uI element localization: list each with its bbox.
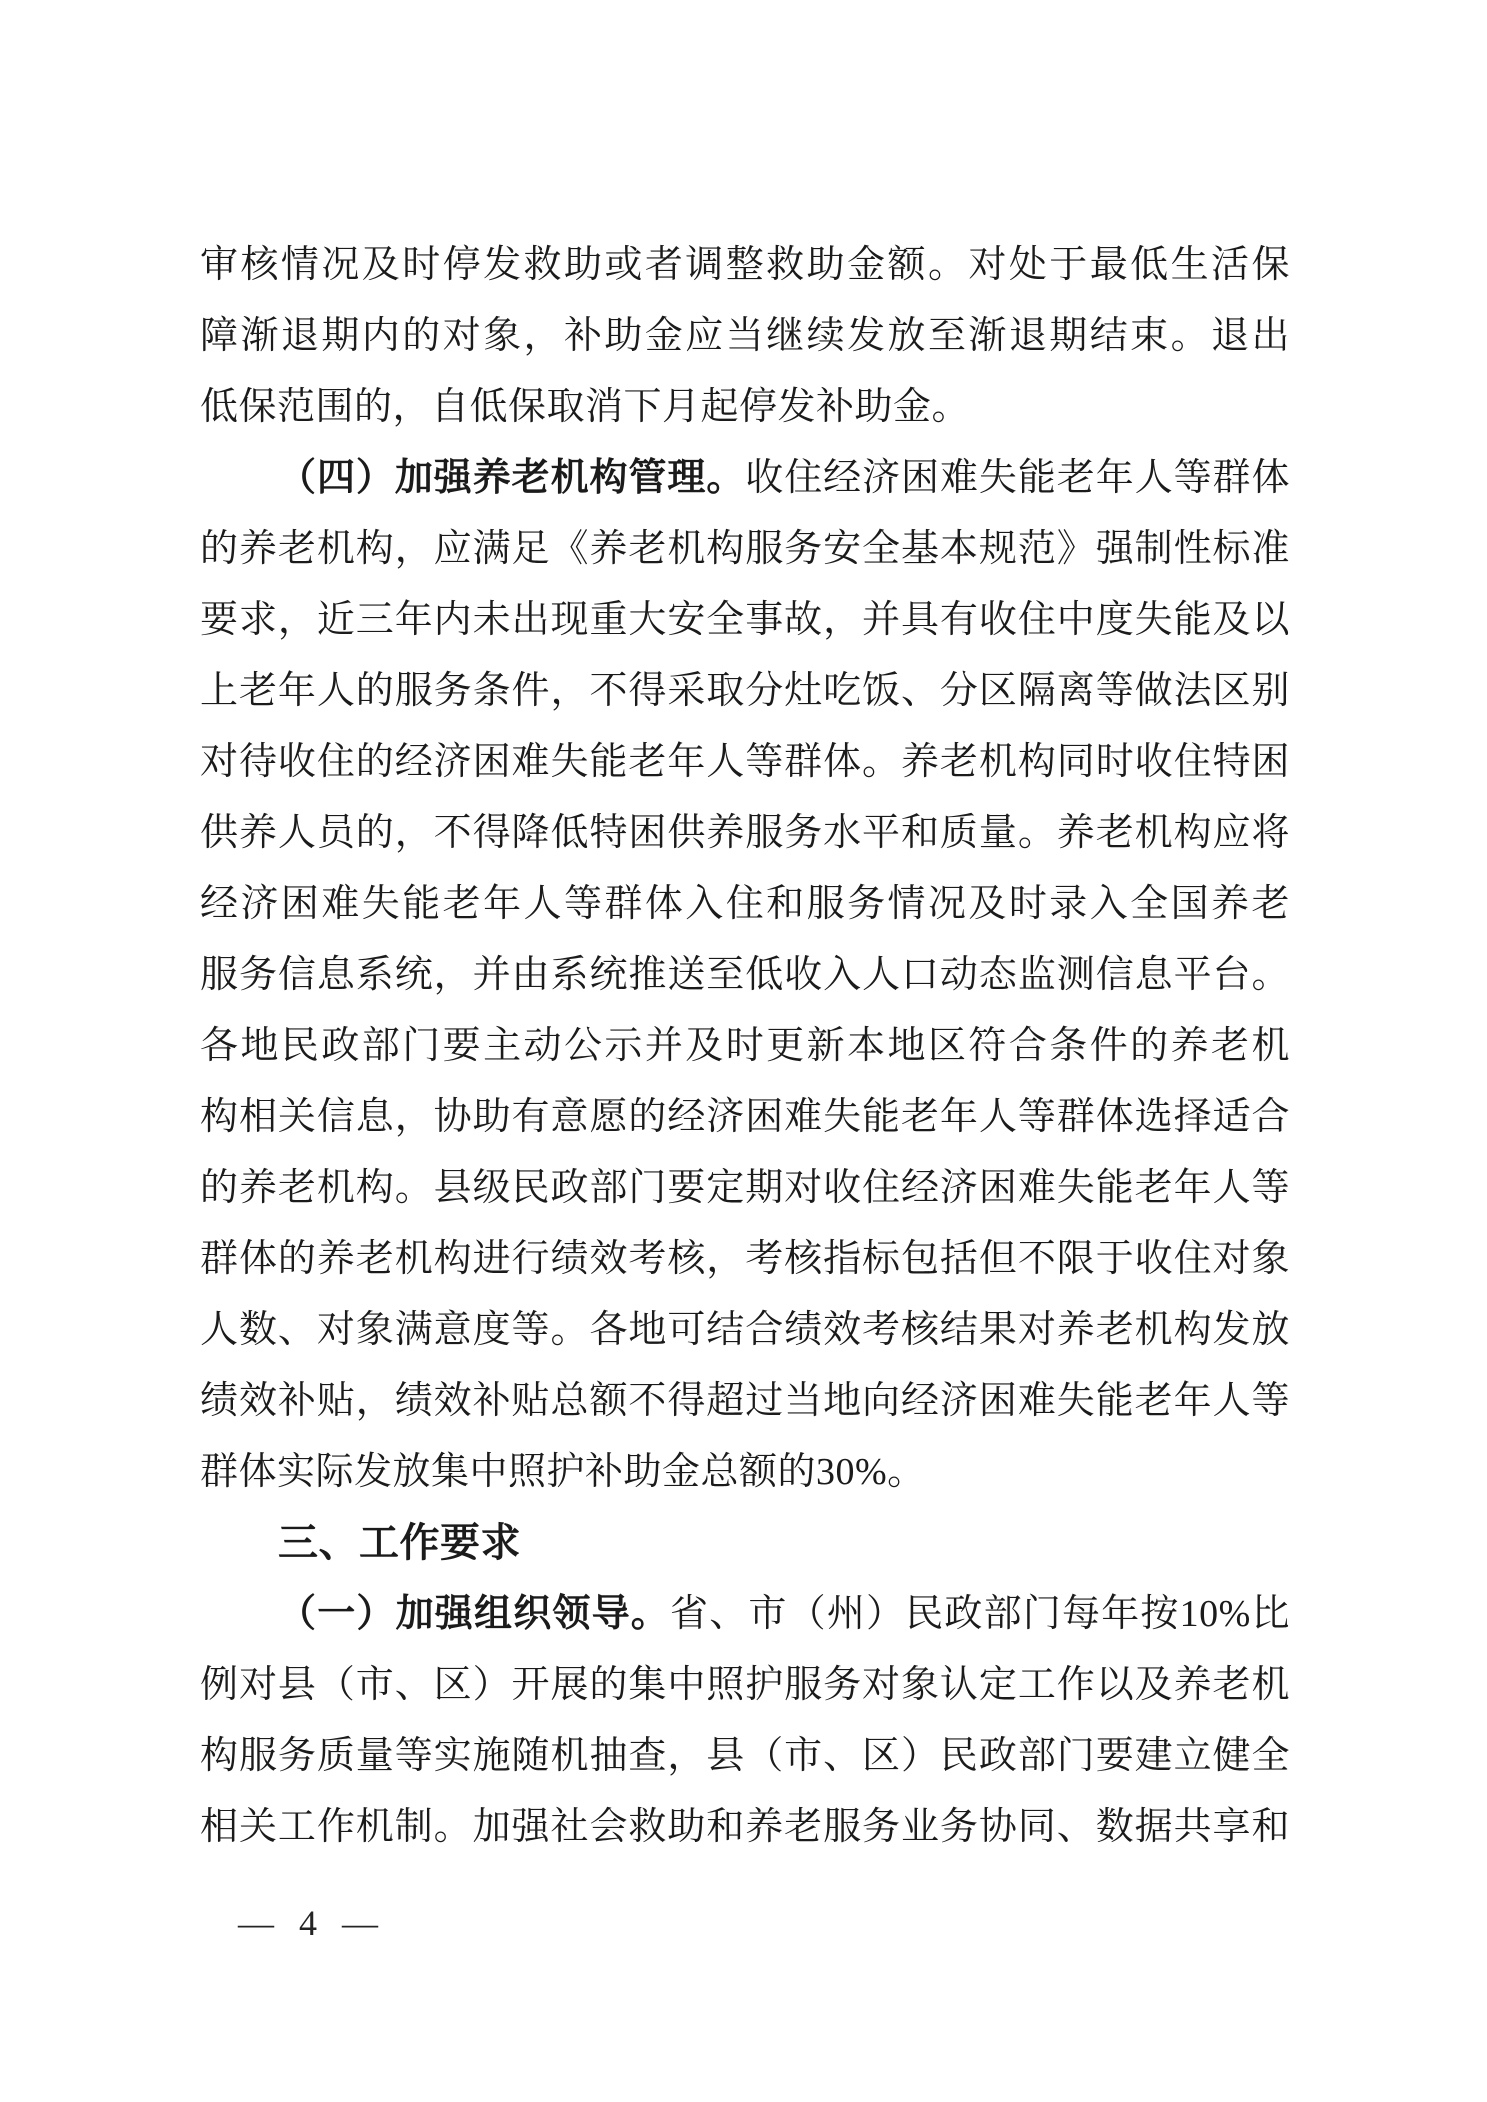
text-line: 的养老机构，应满足《养老机构服务安全基本规范》强制性标准	[200, 514, 1290, 585]
text-line: 供养人员的，不得降低特困供养服务水平和质量。养老机构应将	[200, 798, 1290, 869]
text-line: 群体的养老机构进行绩效考核，考核指标包括但不限于收住对象	[200, 1224, 1290, 1295]
text-line: 要求，近三年内未出现重大安全事故，并具有收住中度失能及以	[200, 585, 1290, 656]
text-line: 例对县（市、区）开展的集中照护服务对象认定工作以及养老机	[200, 1650, 1290, 1721]
line-text: 各地民政部门要主动公示并及时更新本地区符合条件的养老机	[200, 1025, 1290, 1067]
line-text: 审核情况及时停发救助或者调整救助金额。对处于最低生活保	[200, 244, 1290, 286]
line-text: 人数、对象满意度等。各地可结合绩效考核结果对养老机构发放	[200, 1309, 1290, 1351]
text-line: 各地民政部门要主动公示并及时更新本地区符合条件的养老机	[200, 1011, 1290, 1082]
text-line: 人数、对象满意度等。各地可结合绩效考核结果对养老机构发放	[200, 1295, 1290, 1366]
line-text: 对待收住的经济困难失能老年人等群体。养老机构同时收住特困	[200, 741, 1290, 783]
text-line: 构相关信息，协助有意愿的经济困难失能老年人等群体选择适合	[200, 1082, 1290, 1153]
line-text: 群体的养老机构进行绩效考核，考核指标包括但不限于收住对象	[200, 1238, 1290, 1280]
line-text: 构服务质量等实施随机抽查，县（市、区）民政部门要建立健全	[200, 1735, 1290, 1777]
document-body: 审核情况及时停发救助或者调整救助金额。对处于最低生活保障渐退期内的对象，补助金应…	[200, 230, 1290, 1863]
text-line: 低保范围的，自低保取消下月起停发补助金。	[200, 372, 1290, 443]
text-line: 审核情况及时停发救助或者调整救助金额。对处于最低生活保	[200, 230, 1290, 301]
line-text: 服务信息系统，并由系统推送至低收入人口动态监测信息平台。	[200, 954, 1290, 996]
text-line: 相关工作机制。加强社会救助和养老服务业务协同、数据共享和	[200, 1792, 1290, 1863]
text-line: 群体实际发放集中照护补助金总额的30%。	[200, 1437, 1290, 1508]
paragraph-lead-bold: （一）加强组织领导。	[278, 1593, 670, 1635]
line-text: 绩效补贴，绩效补贴总额不得超过当地向经济困难失能老年人等	[200, 1380, 1290, 1422]
line-text: 要求，近三年内未出现重大安全事故，并具有收住中度失能及以	[200, 599, 1290, 641]
line-text: 障渐退期内的对象，补助金应当继续发放至渐退期结束。退出	[200, 315, 1290, 357]
document-page: 审核情况及时停发救助或者调整救助金额。对处于最低生活保障渐退期内的对象，补助金应…	[0, 0, 1487, 2102]
page-number: — 4 —	[238, 1902, 386, 1944]
line-text: 供养人员的，不得降低特困供养服务水平和质量。养老机构应将	[200, 812, 1290, 854]
text-line: 对待收住的经济困难失能老年人等群体。养老机构同时收住特困	[200, 727, 1290, 798]
heading-text: 三、工作要求	[278, 1521, 521, 1565]
text-line: 服务信息系统，并由系统推送至低收入人口动态监测信息平台。	[200, 940, 1290, 1011]
section-heading: 三、工作要求	[200, 1508, 1290, 1579]
paragraph-lead-bold: （四）加强养老机构管理。	[278, 457, 745, 499]
line-text: 的养老机构，应满足《养老机构服务安全基本规范》强制性标准	[200, 528, 1290, 570]
line-text: 经济困难失能老年人等群体入住和服务情况及时录入全国养老	[200, 883, 1290, 925]
text-line: （一）加强组织领导。省、市（州）民政部门每年按10%比	[200, 1579, 1290, 1650]
line-text: 低保范围的，自低保取消下月起停发补助金。	[200, 386, 970, 428]
line-text: 构相关信息，协助有意愿的经济困难失能老年人等群体选择适合	[200, 1096, 1290, 1138]
line-text: 上老年人的服务条件，不得采取分灶吃饭、分区隔离等做法区别	[200, 670, 1290, 712]
line-text: 例对县（市、区）开展的集中照护服务对象认定工作以及养老机	[200, 1664, 1290, 1706]
text-line: 构服务质量等实施随机抽查，县（市、区）民政部门要建立健全	[200, 1721, 1290, 1792]
text-line: （四）加强养老机构管理。收住经济困难失能老年人等群体	[200, 443, 1290, 514]
text-line: 的养老机构。县级民政部门要定期对收住经济困难失能老年人等	[200, 1153, 1290, 1224]
text-line: 经济困难失能老年人等群体入住和服务情况及时录入全国养老	[200, 869, 1290, 940]
text-line: 绩效补贴，绩效补贴总额不得超过当地向经济困难失能老年人等	[200, 1366, 1290, 1437]
line-text: 相关工作机制。加强社会救助和养老服务业务协同、数据共享和	[200, 1806, 1290, 1848]
line-text: 收住经济困难失能老年人等群体	[745, 457, 1290, 499]
text-line: 障渐退期内的对象，补助金应当继续发放至渐退期结束。退出	[200, 301, 1290, 372]
line-text: 群体实际发放集中照护补助金总额的30%。	[200, 1451, 926, 1493]
line-text: 省、市（州）民政部门每年按10%比	[670, 1593, 1290, 1635]
text-line: 上老年人的服务条件，不得采取分灶吃饭、分区隔离等做法区别	[200, 656, 1290, 727]
line-text: 的养老机构。县级民政部门要定期对收住经济困难失能老年人等	[200, 1167, 1290, 1209]
